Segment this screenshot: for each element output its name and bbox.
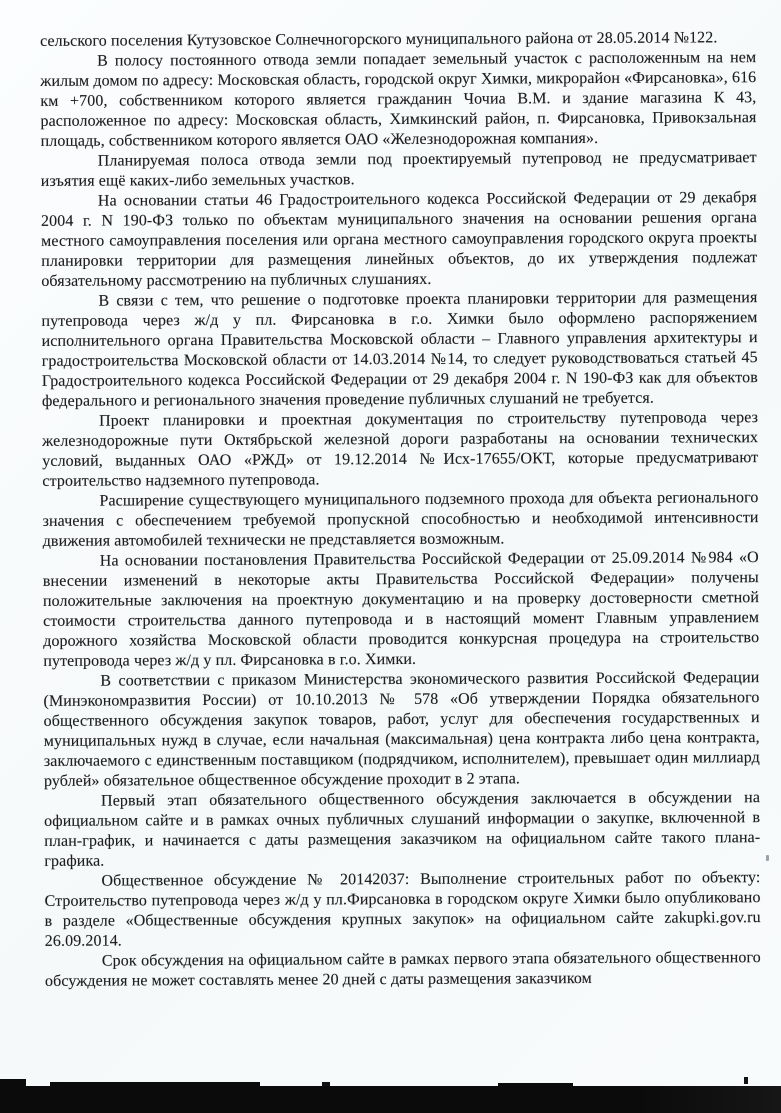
page-text: сельского поселения Кутузовское Солнечно… [40, 28, 761, 992]
paragraph-planned-strip: Планируемая полоса отвода земли под прое… [41, 148, 757, 192]
paragraph-article-45: В связи с тем, что решение о подготовке … [41, 288, 758, 412]
scan-artifact-speck [766, 855, 769, 861]
document-page: сельского поселения Кутузовское Солнечно… [0, 0, 781, 1113]
paragraph-article-46: На основании статьи 46 Градостроительног… [41, 188, 758, 292]
paragraph-land-plot: В полосу постоянного отвода земли попада… [40, 48, 757, 152]
paragraph-order-578: В соответствии с приказом Министерства э… [43, 668, 760, 792]
scan-artifact-speck [322, 1082, 330, 1086]
paragraph-discussion-term: Срок обсуждения на официальном сайте в р… [45, 948, 761, 992]
scanned-document: { "theme": { "paper": "#f8fbfc", "ink": … [0, 0, 781, 1113]
scan-bottom-bar [0, 1086, 781, 1113]
paragraph-first-stage: Первый этап обязательного общественного … [44, 788, 760, 872]
paragraph-decree-984: На основании постановления Правительства… [43, 548, 760, 672]
scan-artifact-speck [744, 1077, 748, 1084]
paragraph-public-discussion: Общественное обсуждение № 20142037: Выпо… [44, 868, 760, 952]
paragraph-underpass-expansion: Расширение существующего муниципального … [42, 488, 758, 552]
paragraph-rzd-conditions: Проект планировки и проектная документац… [42, 408, 758, 492]
